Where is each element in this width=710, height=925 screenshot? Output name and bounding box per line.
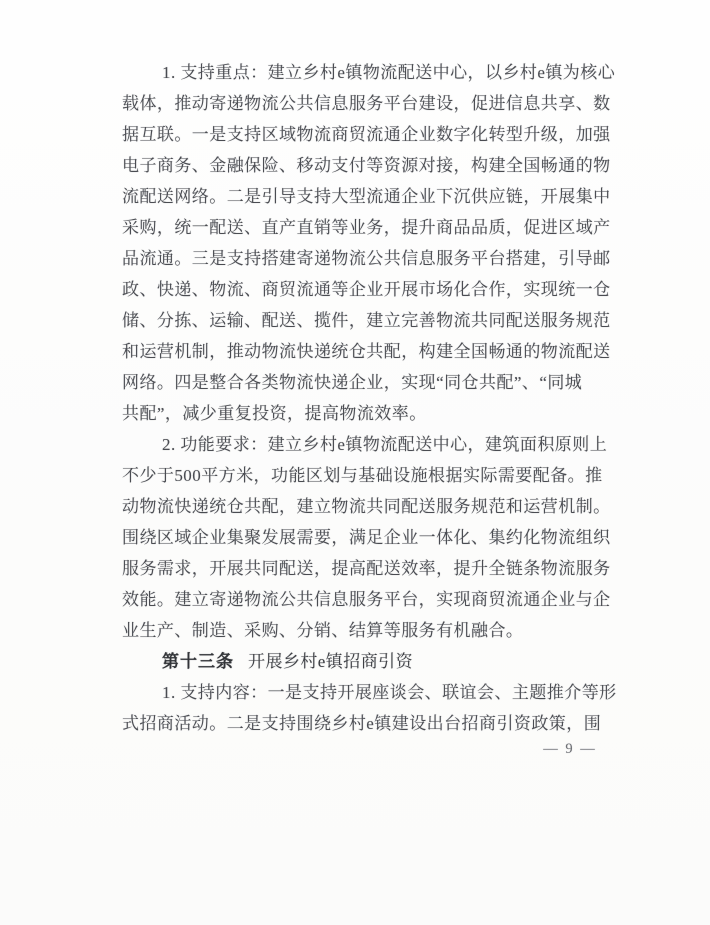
section-heading: 第十三条开展乡村e镇招商引资 [122,646,614,677]
text-line: 共配”，减少重复投资，提高物流效率。 [122,398,614,429]
text-line: 2. 功能要求：建立乡村e镇物流配送中心，建筑面积原则上 [122,429,614,460]
text-line: 不少于500平方米，功能区划与基础设施根据实际需要配备。推 [122,460,614,491]
text-line: 效能。建立寄递物流公共信息服务平台，实现商贸流通企业与企 [122,584,614,615]
body-text: 1. 支持重点：建立乡村e镇物流配送中心，以乡村e镇为核心载体，推动寄递物流公共… [122,57,614,739]
text-line: 采购，统一配送、直产直销等业务，提升商品品质，促进区域产 [122,212,614,243]
text-line: 政、快递、物流、商贸流通等企业开展市场化合作，实现统一仓 [122,274,614,305]
text-line: 载体，推动寄递物流公共信息服务平台建设，促进信息共享、数 [122,88,614,119]
text-line: 1. 支持重点：建立乡村e镇物流配送中心，以乡村e镇为核心 [122,57,614,88]
text-line: 业生产、制造、采购、分销、结算等服务有机融合。 [122,615,614,646]
text-line: 储、分拣、运输、配送、揽件，建立完善物流共同配送服务规范 [122,305,614,336]
text-line: 1. 支持内容：一是支持开展座谈会、联谊会、主题推介等形 [122,677,614,708]
text-line: 据互联。一是支持区域物流商贸流通企业数字化转型升级，加强 [122,119,614,150]
text-line: 品流通。三是支持搭建寄递物流公共信息服务平台搭建，引导邮 [122,243,614,274]
text-line: 流配送网络。二是引导支持大型流通企业下沉供应链，开展集中 [122,181,614,212]
text-line: 服务需求，开展共同配送，提高配送效率，提升全链条物流服务 [122,553,614,584]
text-line: 动物流快递统仓共配，建立物流共同配送服务规范和运营机制。 [122,491,614,522]
section-number: 第十三条 [162,652,234,671]
document-page: 1. 支持重点：建立乡村e镇物流配送中心，以乡村e镇为核心载体，推动寄递物流公共… [0,0,710,925]
text-line: 和运营机制，推动物流快递统仓共配，构建全国畅通的物流配送 [122,336,614,367]
page-number: — 9 — [540,741,600,758]
text-line: 围绕区域企业集聚发展需要，满足企业一体化、集约化物流组织 [122,522,614,553]
text-line: 网络。四是整合各类物流快递企业，实现“同仓共配”、“同城 [122,367,614,398]
text-line: 式招商活动。二是支持围绕乡村e镇建设出台招商引资政策，围 [122,708,614,739]
text-line: 电子商务、金融保险、移动支付等资源对接，构建全国畅通的物 [122,150,614,181]
